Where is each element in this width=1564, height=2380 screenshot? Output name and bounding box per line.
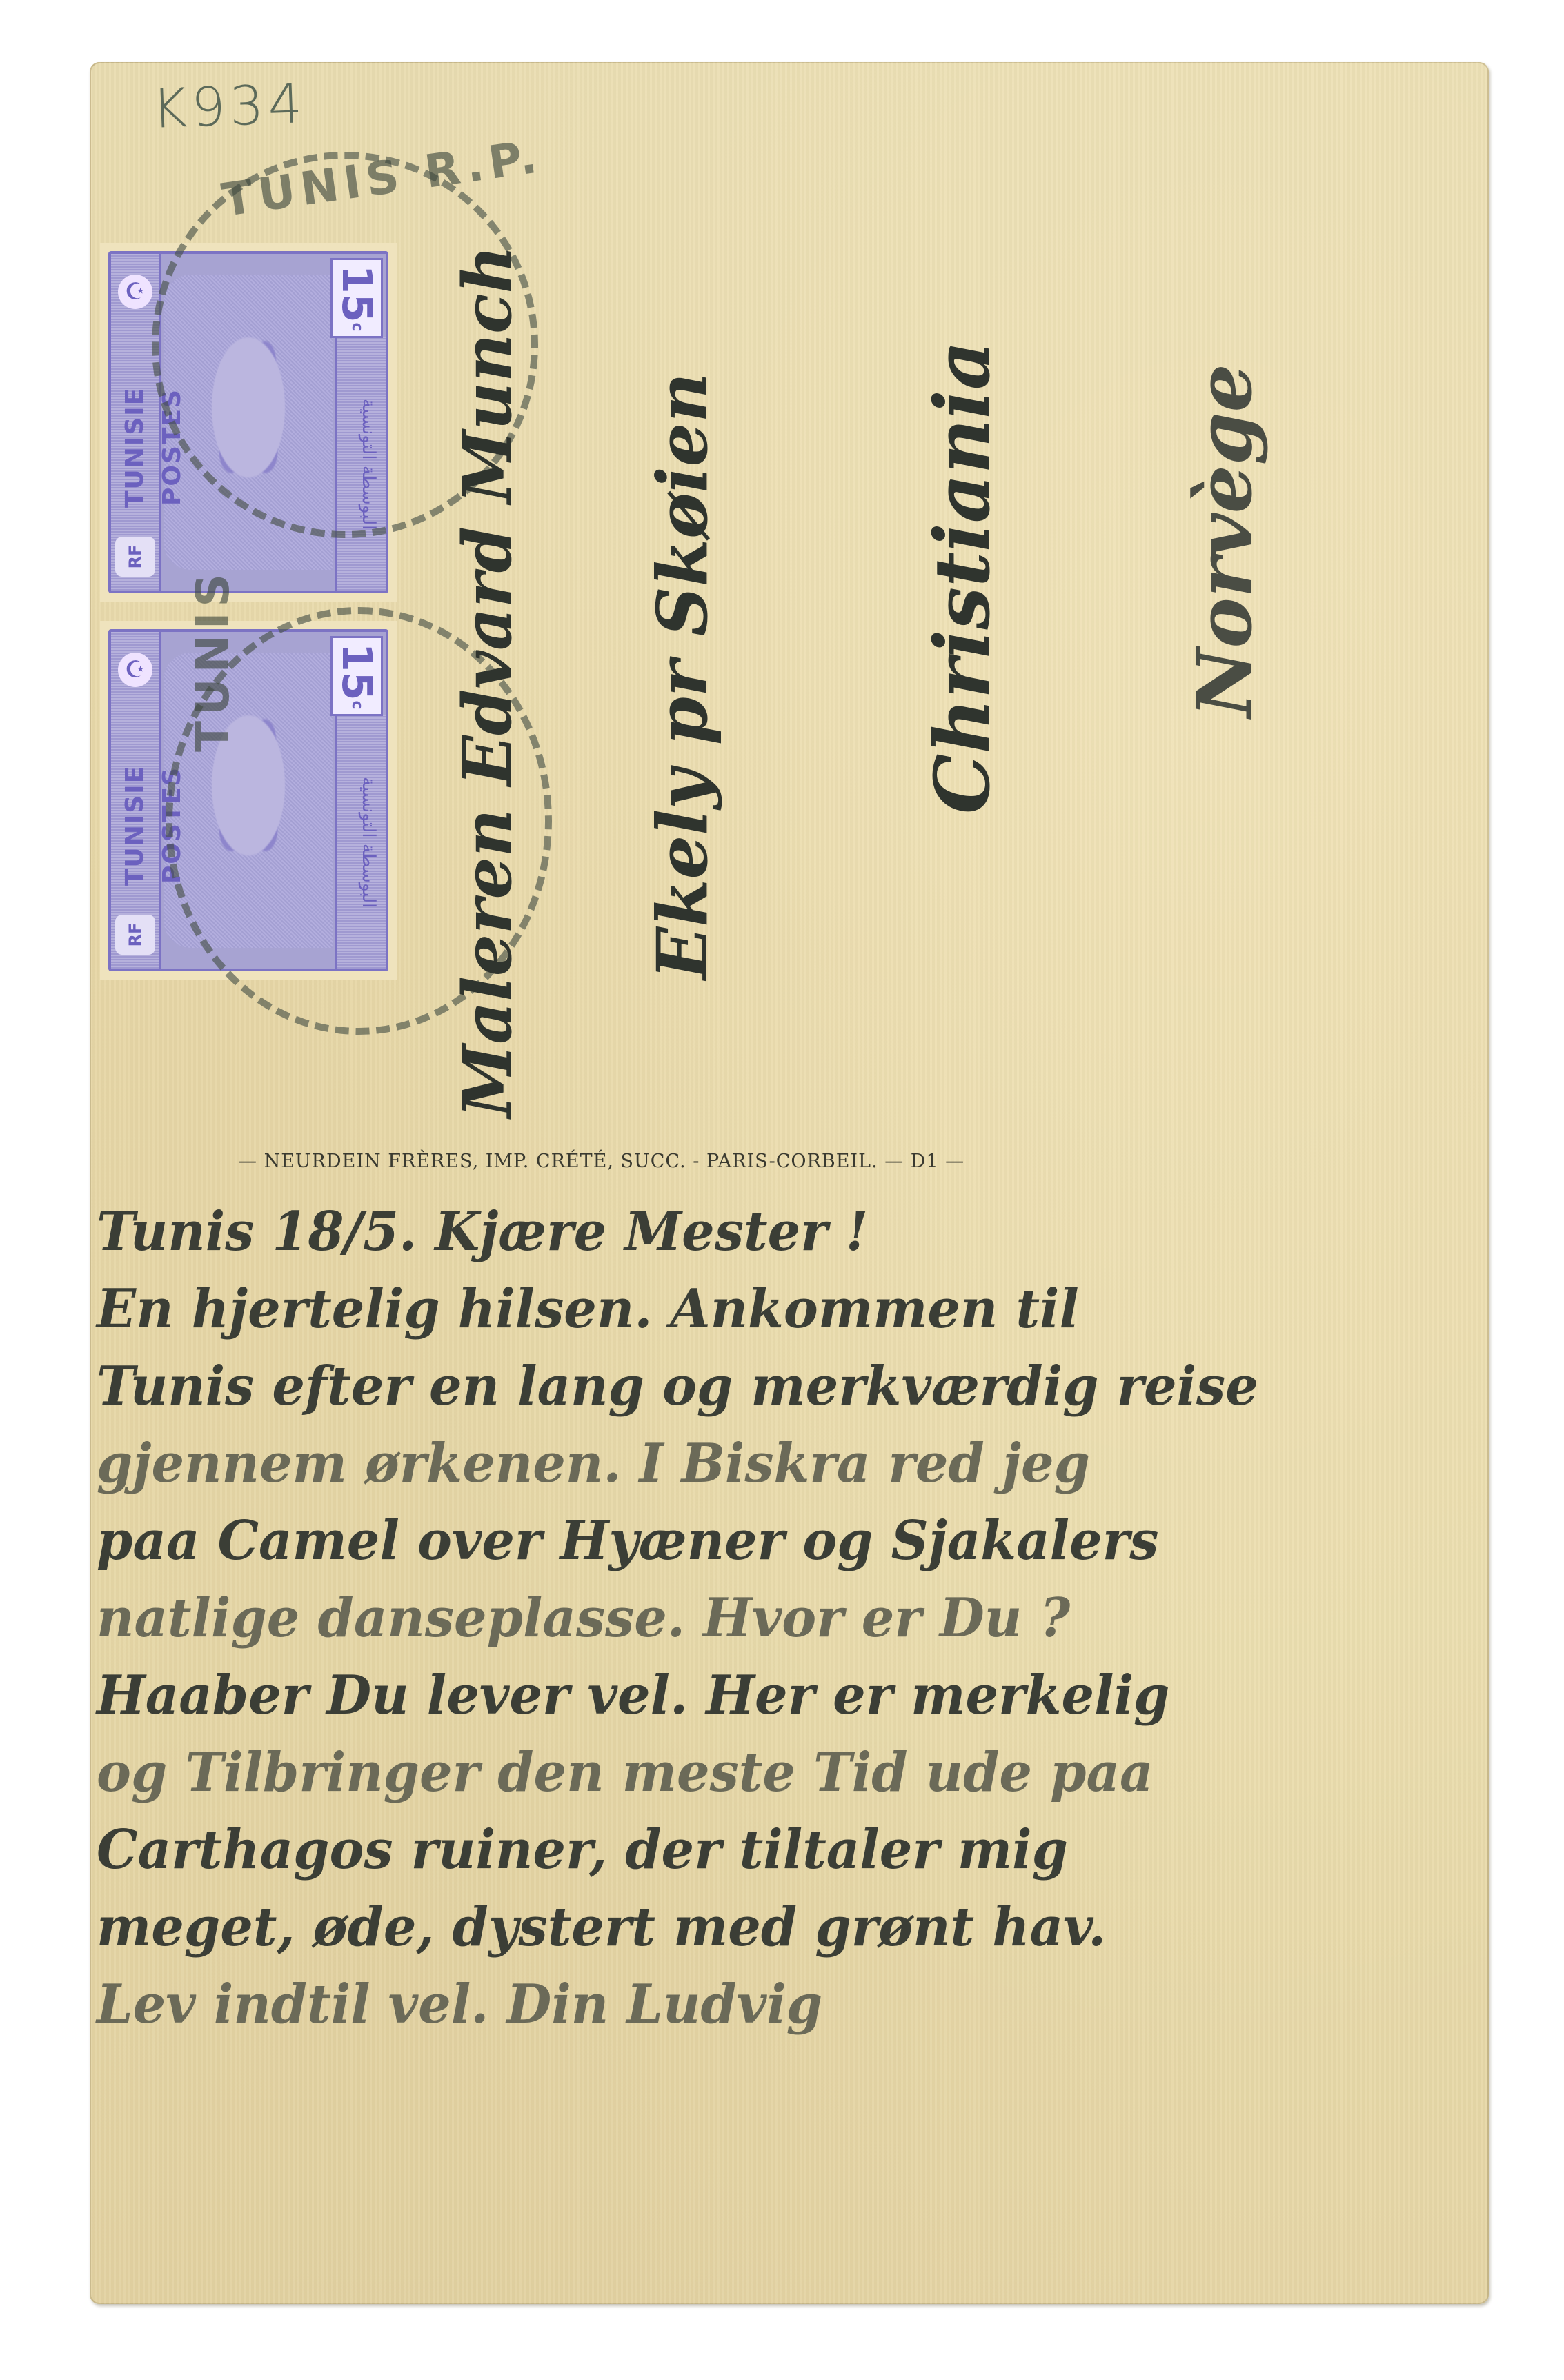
stamp-country-legend: TUNISIE POSTES xyxy=(117,337,154,557)
crescent-star-icon: ☪ xyxy=(118,653,152,687)
stamp-country-legend: TUNISIE POSTES xyxy=(117,715,154,935)
message-line: natlige danseplasse. Hvor er Du ? xyxy=(97,1580,1421,1657)
address-country: Norvège xyxy=(1180,364,1269,717)
message-line: Lev indtil vel. Din Ludvig xyxy=(97,1966,1421,2043)
address-city: Christiania xyxy=(918,341,1007,814)
message-line: paa Camel over Hyæner og Sjakalers xyxy=(97,1503,1421,1580)
postcard: K934 ☪ TUNISIE POSTES RF 15c البوسطة الت… xyxy=(90,62,1489,2304)
message-line: Haaber Du lever vel. Her er merkelig xyxy=(97,1657,1421,1734)
printer-imprint: — NEURDEIN FRÈRES, IMP. CRÉTÉ, SUCC. - P… xyxy=(238,1151,964,1172)
message-line: Tunis 18/5. Kjære Mester ! xyxy=(97,1193,1421,1271)
address-recipient: Maleren Edvard Munch xyxy=(448,246,526,1118)
message-line: og Tilbringer den meste Tid ude paa xyxy=(97,1734,1421,1812)
stamp-monogram: RF xyxy=(115,915,155,955)
message-line: Carthagos ruiner, der tiltaler mig xyxy=(97,1812,1421,1889)
archive-number: K934 xyxy=(150,73,307,141)
postmark-text-lower: TUNIS xyxy=(186,568,239,752)
message-line: meget, øde, dystert med grønt hav. xyxy=(97,1889,1421,1966)
message-line: En hjertelig hilsen. Ankommen til xyxy=(97,1271,1421,1348)
message-line: gjennem ørkenen. I Biskra red jeg xyxy=(97,1425,1421,1503)
crescent-star-icon: ☪ xyxy=(118,275,152,309)
handwritten-message: Tunis 18/5. Kjære Mester ! En hjertelig … xyxy=(97,1193,1476,2043)
address-street: Ekely pr Skøien xyxy=(642,373,723,980)
message-line: Tunis efter en lang og merkværdig reise xyxy=(97,1348,1421,1425)
stamp-monogram: RF xyxy=(115,537,155,577)
